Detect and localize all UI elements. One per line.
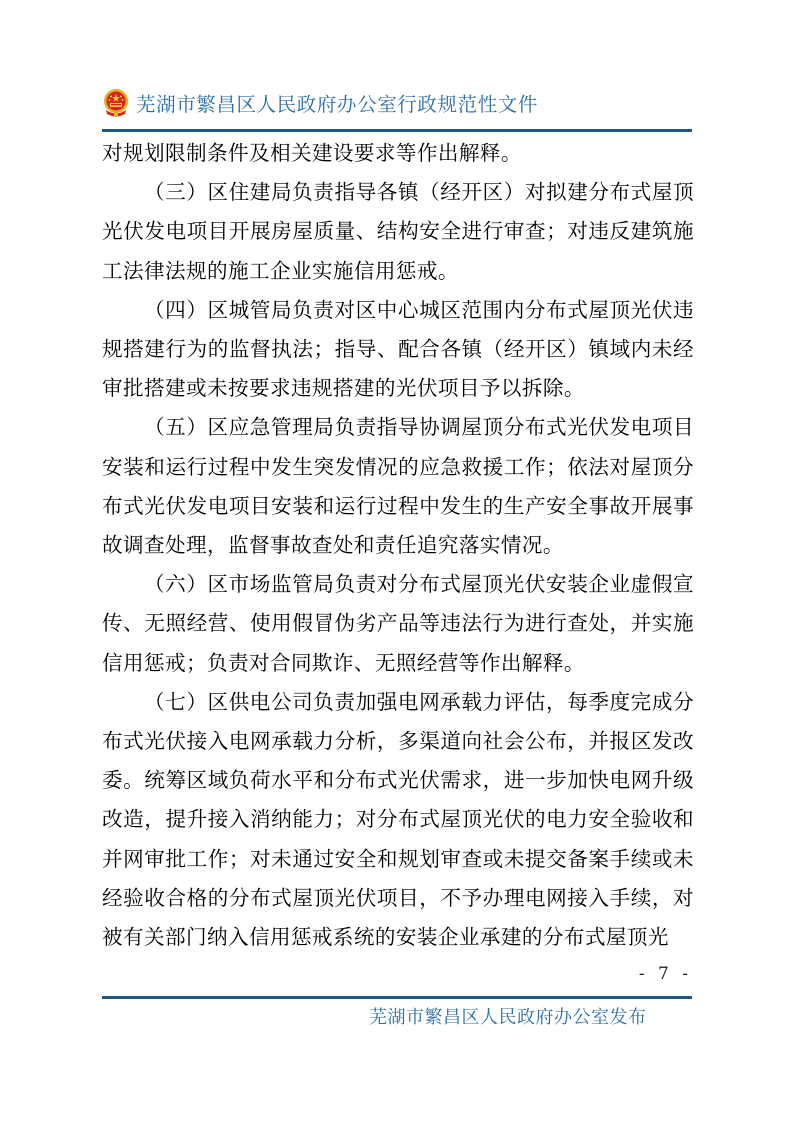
document-series-title: 芜湖市繁昌区人民政府办公室行政规范性文件	[136, 89, 538, 117]
header-divider	[102, 129, 692, 132]
page-header: 芜湖市繁昌区人民政府办公室行政规范性文件	[102, 86, 692, 120]
footer-divider	[102, 996, 692, 999]
national-emblem-icon	[102, 88, 130, 118]
document-body: 对规划限制条件及相关建设要求等作出解释。 （三）区住建局负责指导各镇（经开区）对…	[102, 134, 694, 957]
page-number: - 7 -	[620, 964, 692, 984]
paragraph-item-3: （三）区住建局负责指导各镇（经开区）对拟建分布式屋顶光伏发电项目开展房屋质量、结…	[102, 173, 694, 291]
paragraph-continuation: 对规划限制条件及相关建设要求等作出解释。	[102, 134, 694, 173]
publisher-footer: 芜湖市繁昌区人民政府办公室发布	[369, 1003, 647, 1029]
paragraph-item-4: （四）区城管局负责对区中心城区范围内分布式屋顶光伏违规搭建行为的监督执法；指导、…	[102, 291, 694, 409]
paragraph-item-7: （七）区供电公司负责加强电网承载力评估，每季度完成分布式光伏接入电网承载力分析，…	[102, 683, 694, 957]
document-page: 芜湖市繁昌区人民政府办公室行政规范性文件 对规划限制条件及相关建设要求等作出解释…	[0, 0, 793, 1122]
paragraph-item-5: （五）区应急管理局负责指导协调屋顶分布式光伏发电项目安装和运行过程中发生突发情况…	[102, 408, 694, 565]
paragraph-item-6: （六）区市场监管局负责对分布式屋顶光伏安装企业虚假宣传、无照经营、使用假冒伪劣产…	[102, 565, 694, 683]
